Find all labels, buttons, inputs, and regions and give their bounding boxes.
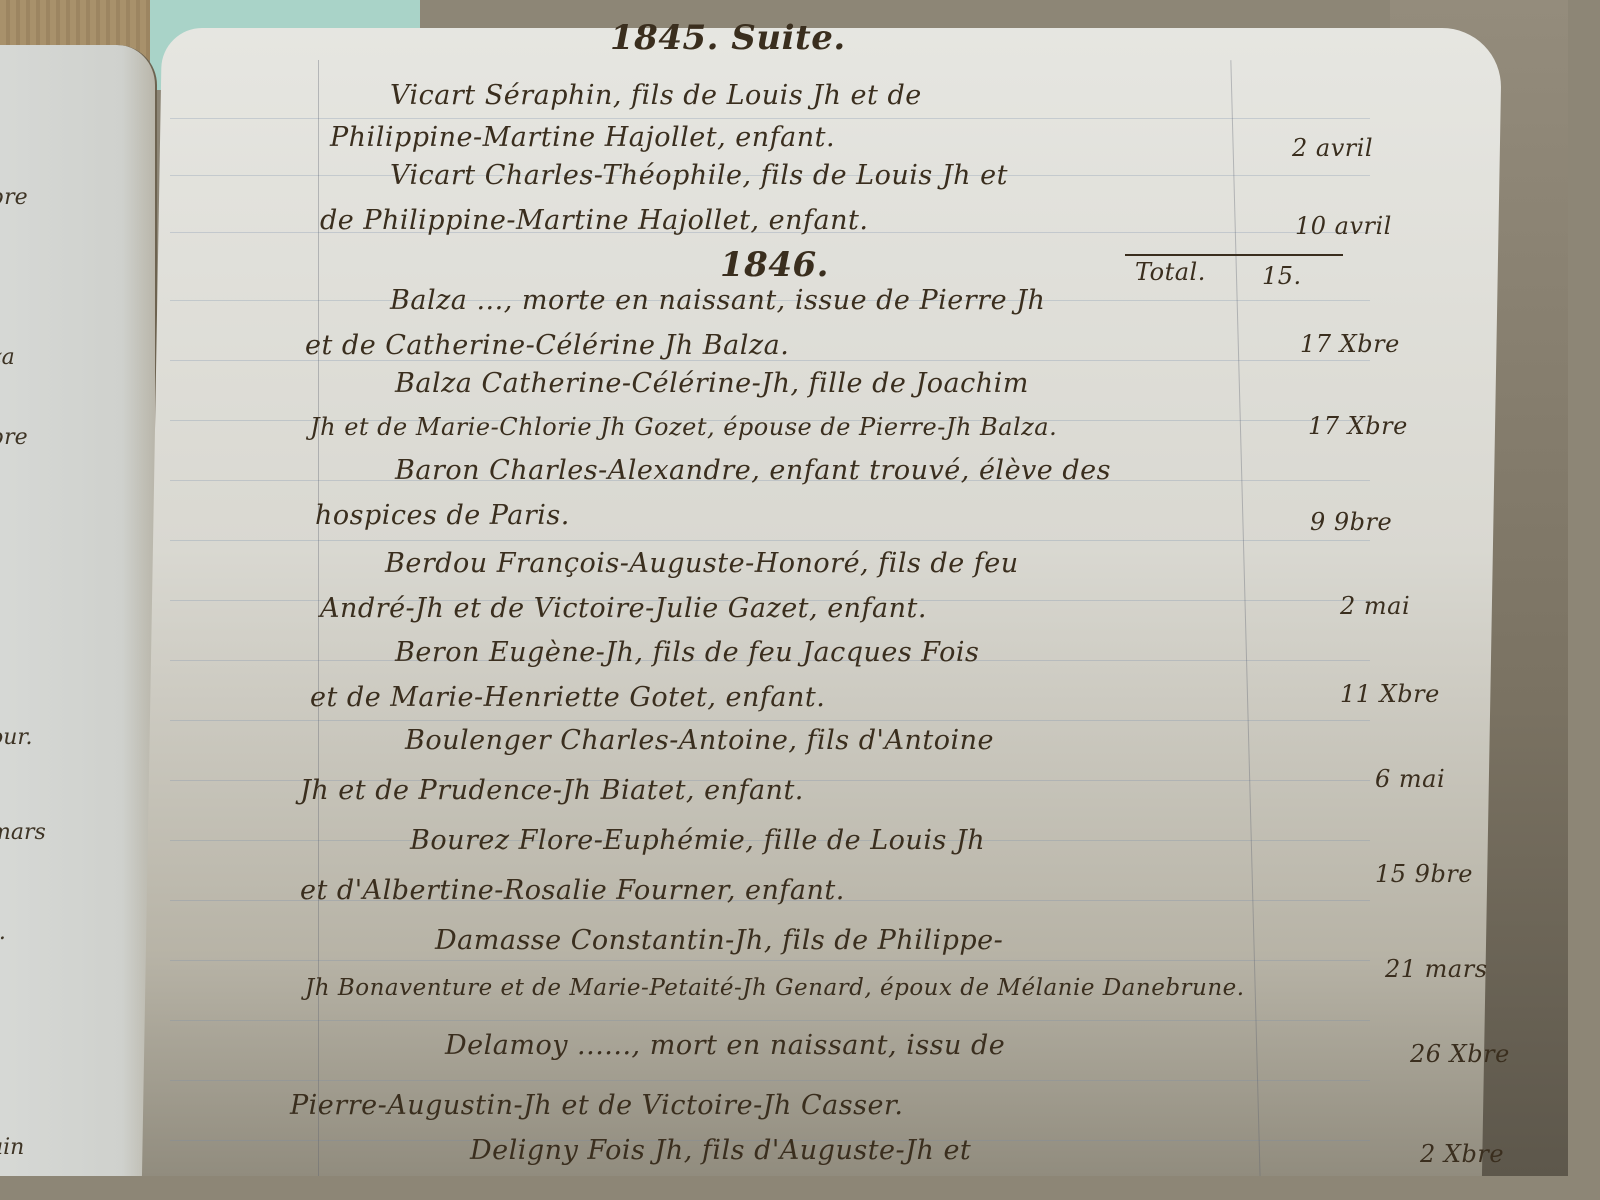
ruled-line xyxy=(170,1080,1370,1081)
left-page-fragment: t. xyxy=(0,920,6,945)
entry-date: 2 avril xyxy=(1292,134,1373,162)
left-page-fragment: mars xyxy=(0,820,46,845)
entry-date: 21 mars xyxy=(1385,955,1488,983)
entry-line: et de Catherine-Célérine Jh Balza. xyxy=(305,330,789,361)
entry-line: Beron Eugène-Jh, fils de feu Jacques Foi… xyxy=(395,637,979,668)
left-page-fragment: bre xyxy=(0,425,28,450)
left-page-fragment: ain xyxy=(0,1135,24,1160)
entry-date: 11 Xbre xyxy=(1340,680,1440,708)
left-page: bre za bre our. mars t. ain xyxy=(0,45,157,1176)
entry-date: 17 Xbre xyxy=(1300,330,1400,358)
entry-line: André-Jh et de Victoire-Julie Gazet, enf… xyxy=(320,593,927,624)
total-underline xyxy=(1125,254,1343,256)
entry-date: 10 avril xyxy=(1295,212,1392,240)
entry-date: 2 Xbre xyxy=(1420,1140,1504,1168)
entry-line: de Philippine-Martine Hajollet, enfant. xyxy=(320,205,868,236)
page-header: 1845. Suite. xyxy=(610,18,846,58)
entry-line: Damasse Constantin-Jh, fils de Philippe- xyxy=(435,925,1003,956)
entry-line: Jh et de Prudence-Jh Biatet, enfant. xyxy=(300,775,804,806)
year-heading: 1846. xyxy=(720,245,829,285)
left-margin-line xyxy=(318,60,319,1176)
entry-line: hospices de Paris. xyxy=(315,500,570,531)
entry-line: Deligny Fois Jh, fils d'Auguste-Jh et xyxy=(470,1135,971,1166)
left-page-fragment: bre xyxy=(0,185,28,210)
entry-date: 17 Xbre xyxy=(1308,412,1408,440)
entry-line: Bourez Flore-Euphémie, fille de Louis Jh xyxy=(410,825,985,856)
entry-line: Philippine-Martine Hajollet, enfant. xyxy=(330,122,835,153)
left-page-fragment: za xyxy=(0,345,15,370)
entry-line: Pierre-Augustin-Jh et de Victoire-Jh Cas… xyxy=(290,1090,903,1121)
ruled-line xyxy=(170,540,1370,541)
total-value: 15. xyxy=(1262,262,1302,290)
ruled-line xyxy=(170,720,1370,721)
entry-line: Balza Catherine-Célérine-Jh, fille de Jo… xyxy=(395,368,1029,399)
entry-line: Jh Bonaventure et de Marie-Petaité-Jh Ge… xyxy=(305,975,1245,1001)
entry-date: 9 9bre xyxy=(1310,508,1392,536)
entry-line: Baron Charles-Alexandre, enfant trouvé, … xyxy=(395,455,1111,486)
entry-line: Boulenger Charles-Antoine, fils d'Antoin… xyxy=(405,725,994,756)
entry-line: Delamoy ......, mort en naissant, issu d… xyxy=(445,1030,1005,1061)
entry-date: 6 mai xyxy=(1375,765,1445,793)
entry-line: Berdou François-Auguste-Honoré, fils de … xyxy=(385,548,1019,579)
entry-line: Vicart Séraphin, fils de Louis Jh et de xyxy=(390,80,922,111)
left-page-fragment: our. xyxy=(0,725,33,750)
entry-line: Vicart Charles-Théophile, fils de Louis … xyxy=(390,160,1008,191)
entry-date: 2 mai xyxy=(1340,592,1410,620)
entry-line: Jh et de Marie-Chlorie Jh Gozet, épouse … xyxy=(310,413,1057,441)
ruled-line xyxy=(170,118,1370,119)
entry-date: 15 9bre xyxy=(1375,860,1473,888)
total-label: Total. xyxy=(1135,258,1206,286)
entry-line: et de Marie-Henriette Gotet, enfant. xyxy=(310,682,825,713)
ruled-line xyxy=(170,960,1370,961)
entry-line: Balza ..., morte en naissant, issue de P… xyxy=(390,285,1045,316)
entry-line: et d'Albertine-Rosalie Fourner, enfant. xyxy=(300,875,845,906)
ruled-line xyxy=(170,1020,1370,1021)
entry-date: 26 Xbre xyxy=(1410,1040,1510,1068)
